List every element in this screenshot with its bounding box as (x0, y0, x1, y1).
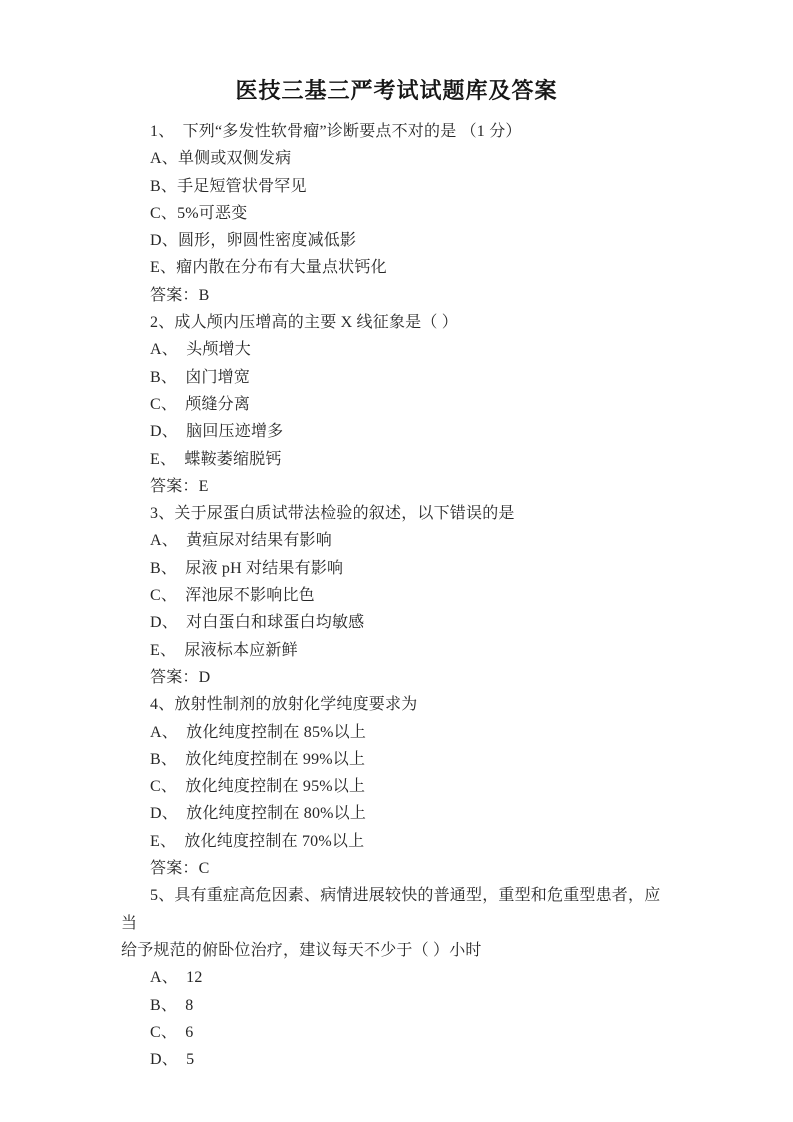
question-stem-line: 4、放射性制剂的放射化学纯度要求为 (121, 691, 675, 718)
question-block: 1、 下列“多发性软骨瘤”诊断要点不对的是 （1 分）A、单侧或双侧发病B、手足… (121, 118, 675, 309)
question-block: 2、成人颅内压增高的主要 X 线征象是（ ）A、 头颅增大B、 囟门增宽C、 颅… (121, 309, 675, 500)
question-stem-line: 1、 下列“多发性软骨瘤”诊断要点不对的是 （1 分） (121, 118, 675, 145)
question-option: C、 6 (121, 1019, 675, 1046)
question-block: 3、关于尿蛋白质试带法检验的叙述，以下错误的是A、 黄疸尿对结果有影响B、 尿液… (121, 500, 675, 691)
question-block: 5、具有重症高危因素、病情进展较快的普通型，重型和危重型患者，应当给予规范的俯卧… (121, 882, 675, 1073)
question-option: D、 5 (121, 1046, 675, 1073)
document-page: 医技三基三严考试试题库及答案 1、 下列“多发性软骨瘤”诊断要点不对的是 （1 … (0, 0, 793, 1122)
questions: 1、 下列“多发性软骨瘤”诊断要点不对的是 （1 分）A、单侧或双侧发病B、手足… (121, 118, 675, 1073)
question-stem-line: 给予规范的俯卧位治疗，建议每天不少于（ ）小时 (121, 937, 675, 964)
question-option: E、 尿液标本应新鲜 (121, 637, 675, 664)
question-option: D、 对白蛋白和球蛋白均敏感 (121, 609, 675, 636)
document-title: 医技三基三严考试试题库及答案 (0, 0, 793, 106)
question-stem-line: 5、具有重症高危因素、病情进展较快的普通型，重型和危重型患者，应当 (121, 882, 675, 937)
question-option: C、 颅缝分离 (121, 391, 675, 418)
question-option: C、 放化纯度控制在 95%以上 (121, 773, 675, 800)
answer-line: 答案：E (121, 473, 675, 500)
answer-line: 答案：C (121, 855, 675, 882)
question-block: 4、放射性制剂的放射化学纯度要求为A、 放化纯度控制在 85%以上B、 放化纯度… (121, 691, 675, 882)
question-option: A、 头颅增大 (121, 336, 675, 363)
question-option: C、 浑池尿不影响比色 (121, 582, 675, 609)
question-option: C、5%可恶变 (121, 200, 675, 227)
question-option: B、 尿液 pH 对结果有影响 (121, 555, 675, 582)
question-stem-line: 3、关于尿蛋白质试带法检验的叙述，以下错误的是 (121, 500, 675, 527)
question-option: A、 12 (121, 964, 675, 991)
question-option: B、手足短管状骨罕见 (121, 173, 675, 200)
question-option: A、 黄疸尿对结果有影响 (121, 527, 675, 554)
question-option: B、 8 (121, 992, 675, 1019)
question-option: E、 蝶鞍萎缩脱钙 (121, 446, 675, 473)
question-option: B、 囟门增宽 (121, 364, 675, 391)
question-option: B、 放化纯度控制在 99%以上 (121, 746, 675, 773)
question-option: D、 放化纯度控制在 80%以上 (121, 800, 675, 827)
answer-line: 答案：B (121, 282, 675, 309)
question-stem-line: 2、成人颅内压增高的主要 X 线征象是（ ） (121, 309, 675, 336)
question-option: A、单侧或双侧发病 (121, 145, 675, 172)
question-option: E、 放化纯度控制在 70%以上 (121, 828, 675, 855)
question-option: A、 放化纯度控制在 85%以上 (121, 719, 675, 746)
question-option: D、圆形，卵圆性密度减低影 (121, 227, 675, 254)
answer-line: 答案：D (121, 664, 675, 691)
question-option: E、瘤内散在分布有大量点状钙化 (121, 254, 675, 281)
question-option: D、 脑回压迹增多 (121, 418, 675, 445)
